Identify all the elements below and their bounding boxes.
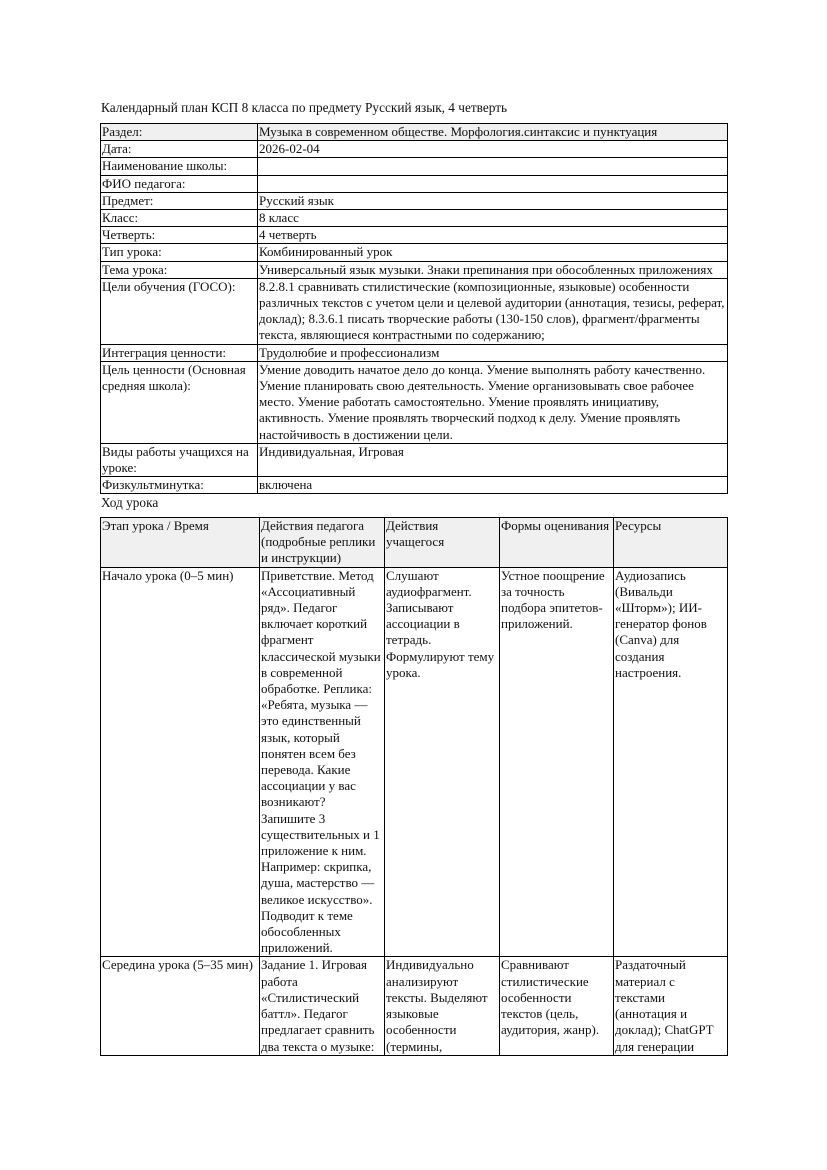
column-header-teacher-actions: Действия педагога (подробные реплики и и… (260, 518, 385, 568)
cell-assessment: Сравнивают стилистические особенности те… (500, 957, 614, 1055)
table-row: Середина урока (5–35 мин) Задание 1. Игр… (101, 957, 728, 1055)
cell-assessment: Устное поощрение за точность подбора эпи… (500, 567, 614, 957)
lesson-flow-table: Этап урока / Время Действия педагога (по… (100, 517, 728, 1056)
cell-student-actions: Индивидуально анализируют тексты. Выделя… (385, 957, 500, 1055)
table-row: Начало урока (0–5 мин) Приветствие. Мето… (101, 567, 728, 957)
column-header-stage: Этап урока / Время (101, 518, 260, 568)
column-header-assessment: Формы оценивания (500, 518, 614, 568)
cell-resources: Аудиозапись (Вивальди «Шторм»); ИИ-генер… (614, 567, 728, 957)
cell-resources: Раздаточный материал с текстами (аннотац… (614, 957, 728, 1055)
column-header-student-actions: Действия учащегося (385, 518, 500, 568)
cell-student-actions: Слушают аудиофрагмент. Записывают ассоци… (385, 567, 500, 957)
lesson-table-header: Этап урока / Время Действия педагога (по… (101, 518, 728, 568)
cell-teacher-actions: Задание 1. Игровая работа «Стилистически… (260, 957, 385, 1055)
cell-stage: Начало урока (0–5 мин) (101, 567, 260, 957)
cell-stage: Середина урока (5–35 мин) (101, 957, 260, 1055)
column-header-resources: Ресурсы (614, 518, 728, 568)
cell-teacher-actions: Приветствие. Метод «Ассоциативный ряд». … (260, 567, 385, 957)
